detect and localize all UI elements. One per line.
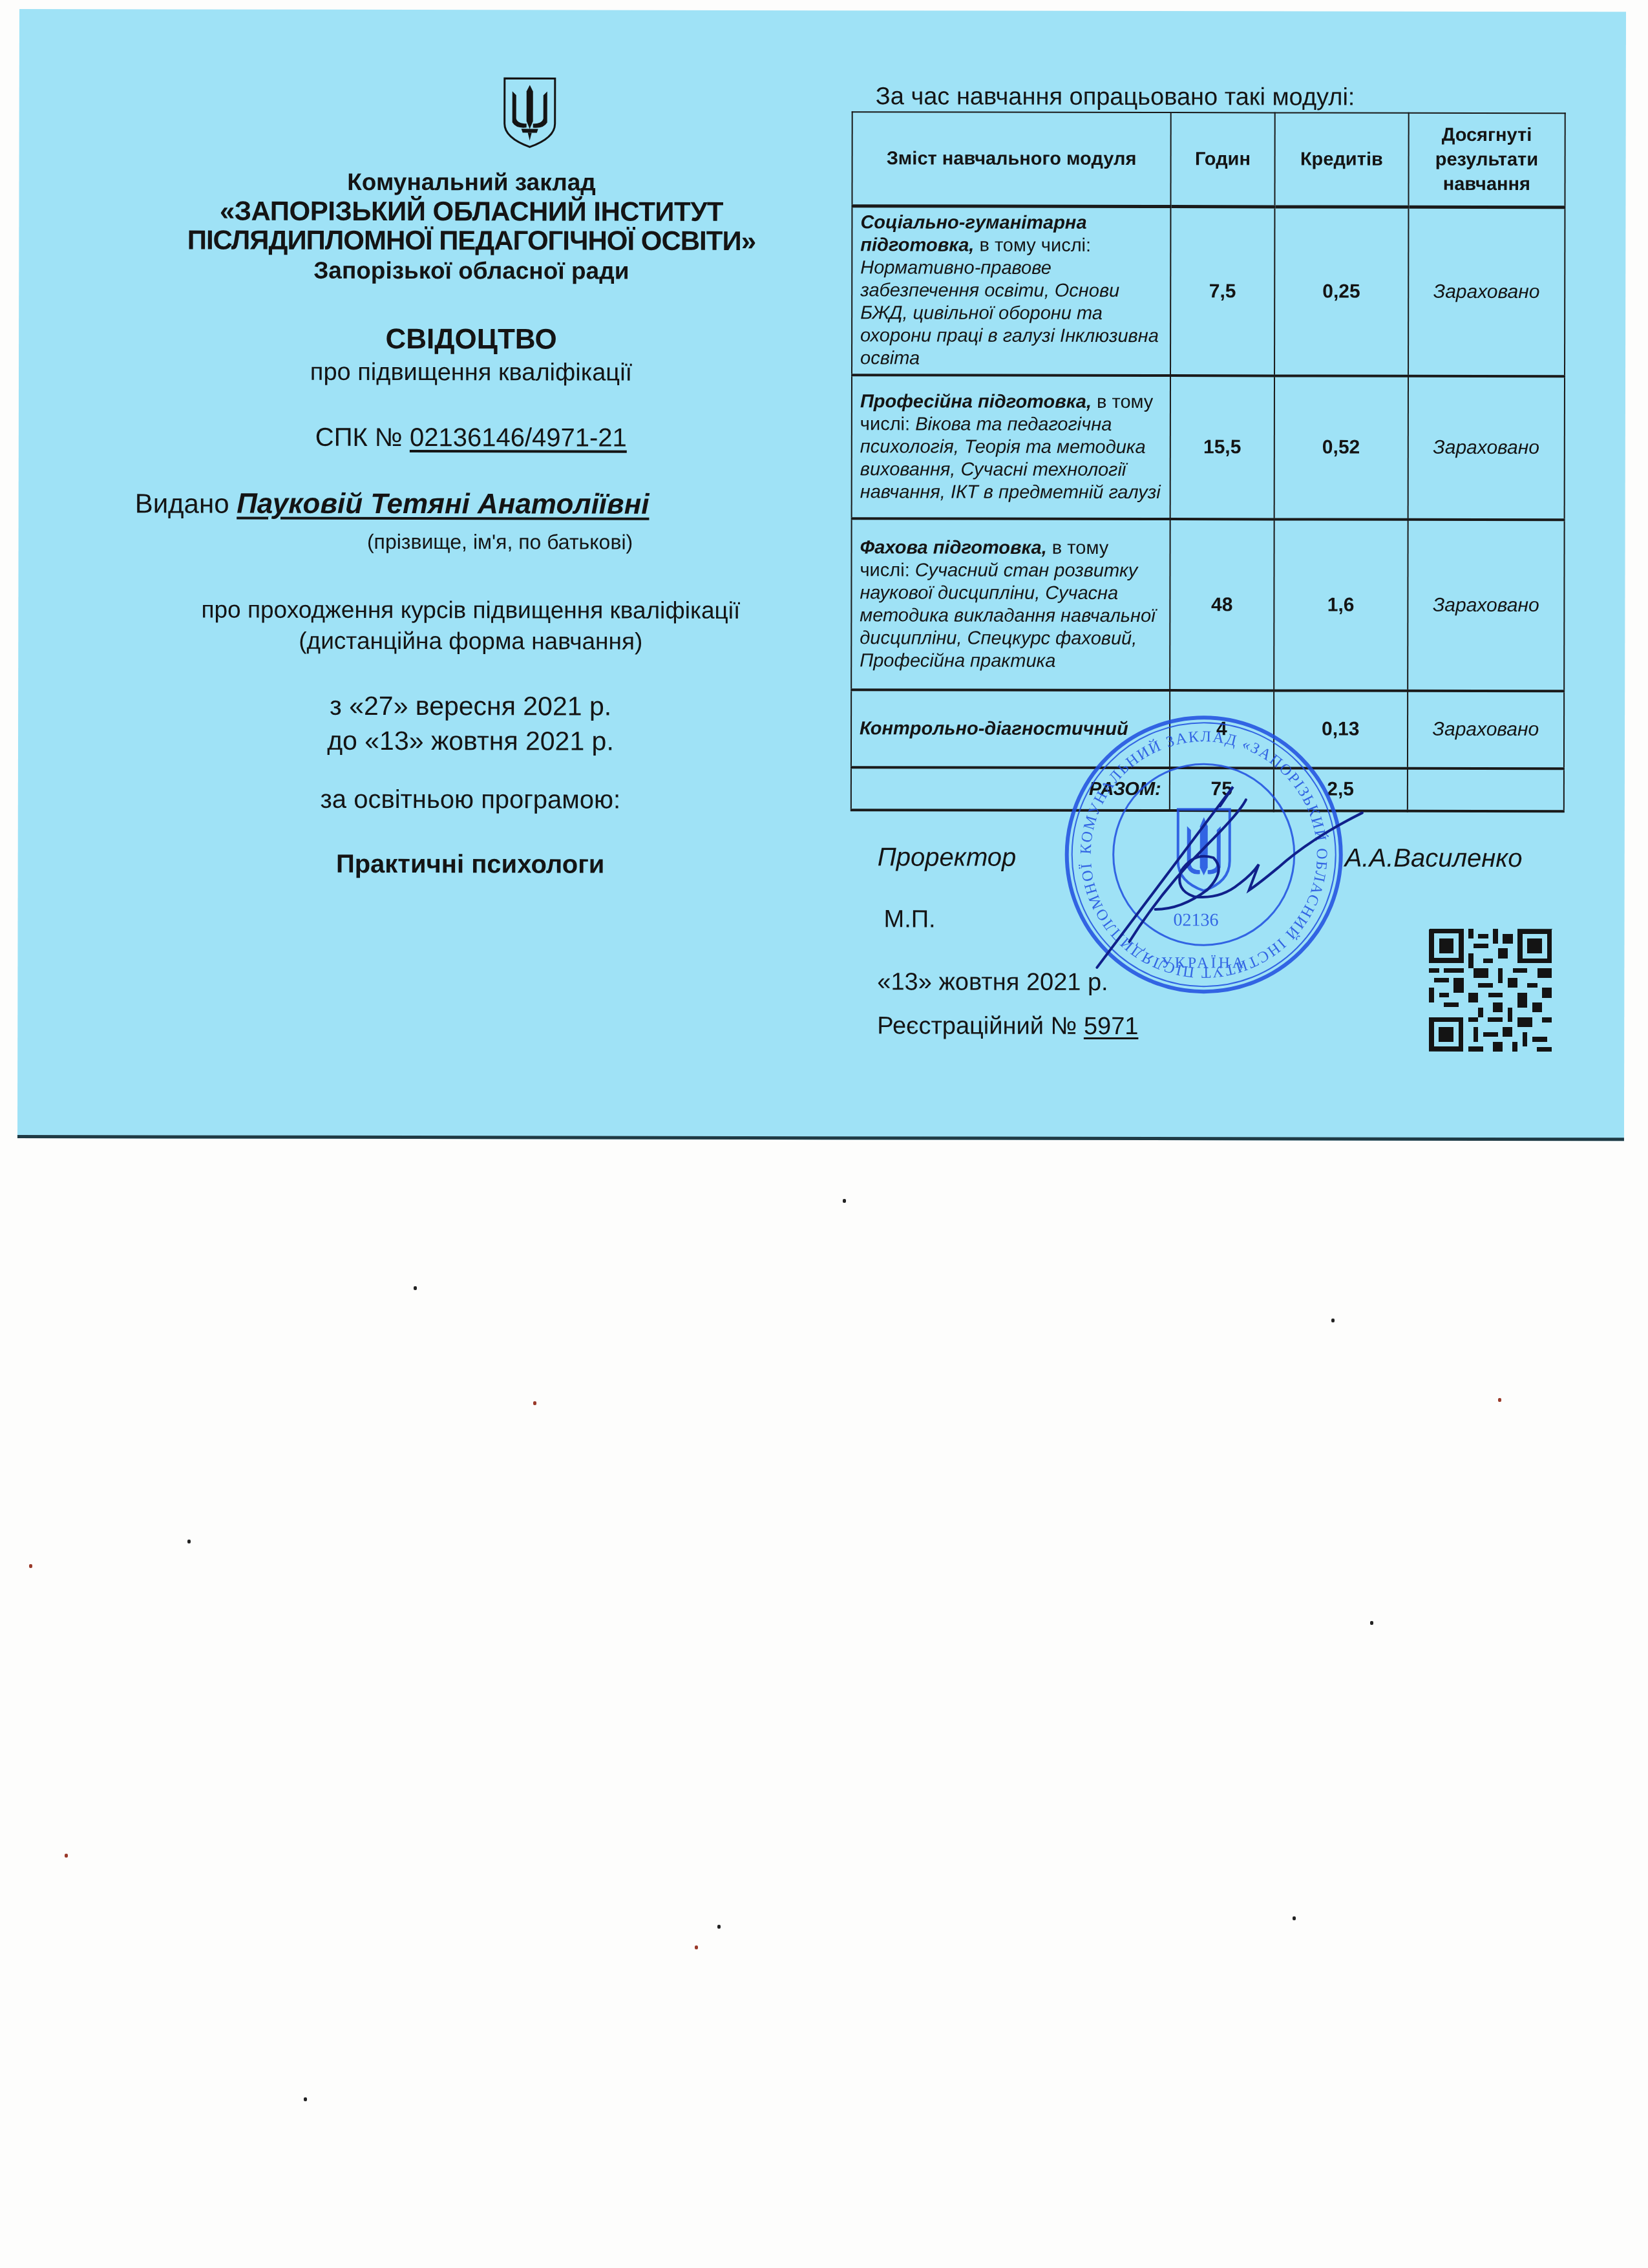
modules-header-row: Зміст навчального модуля Годин Кредитів …	[852, 112, 1565, 207]
institution-name-line2: ПІСЛЯДИПЛОМНОЇ ПЕДАГОГІЧНОЇ ОСВІТИ»	[109, 226, 833, 255]
module-title: Фахова підготовка,	[860, 537, 1047, 558]
course-line-1: про проходження курсів підвищення кваліф…	[109, 594, 832, 626]
registration-label: Реєстраційний №	[877, 1012, 1077, 1040]
module-credits: 0,25	[1274, 207, 1408, 376]
modules-title: За час навчання опрацьовано такі модулі:	[876, 83, 1355, 111]
issued-label: Видано	[135, 488, 229, 518]
module-result: Зараховано	[1408, 376, 1565, 520]
institution-type: Комунальний заклад	[109, 167, 833, 197]
module-result: Зараховано	[1408, 520, 1565, 691]
scan-speck	[304, 2097, 307, 2101]
header-content: Зміст навчального модуля	[852, 112, 1170, 206]
total-result	[1408, 768, 1564, 811]
scan-speck	[414, 1286, 417, 1290]
qr-code-icon[interactable]	[1428, 929, 1552, 1052]
course-line-2: (дистанційна форма навчання)	[109, 625, 832, 657]
module-content: Професійна підготовка, в тому числі: Вік…	[852, 375, 1170, 519]
certificate-number-value: 02136146/4971-21	[410, 423, 627, 452]
certificate-number-label: СПК №	[315, 423, 403, 452]
registration-value: 5971	[1084, 1013, 1139, 1040]
table-row: Соціально-гуманітарна підготовка, в тому…	[852, 206, 1565, 376]
program-label: за освітньою програмою:	[109, 785, 832, 815]
module-content: Соціально-гуманітарна підготовка, в тому…	[852, 206, 1170, 376]
table-row: Фахова підготовка, в тому числі: Сучасни…	[851, 518, 1564, 691]
scan-speck	[695, 1945, 698, 1949]
module-plain: в тому числі:	[974, 235, 1091, 256]
course-dates: з «27» вересня 2021 р. до «13» жовтня 20…	[109, 688, 832, 759]
scan-speck	[843, 1199, 846, 1203]
recipient-name: Пауковій Тетяні Анатоліївні	[237, 488, 649, 520]
date-from: з «27» вересня 2021 р.	[109, 688, 832, 724]
certificate-left-panel: Комунальний заклад «ЗАПОРІЗЬКИЙ ОБЛАСНИЙ…	[110, 9, 834, 10]
certificate-subtitle: про підвищення кваліфікації	[109, 358, 833, 387]
scan-speck	[717, 1925, 721, 1929]
scan-speck	[533, 1401, 536, 1405]
header-credits: Кредитів	[1274, 112, 1408, 207]
module-content: Фахова підготовка, в тому числі: Сучасни…	[851, 518, 1170, 690]
certificate-number: СПК № 02136146/4971-21	[109, 423, 833, 453]
issued-to: Видано Пауковій Тетяні Анатоліївні	[135, 487, 846, 521]
ukraine-trident-icon	[502, 76, 558, 148]
module-hours: 15,5	[1170, 376, 1274, 519]
modules-table: Зміст навчального модуля Годин Кредитів …	[850, 111, 1566, 812]
header-hours: Годин	[1170, 112, 1274, 207]
scan-speck	[1498, 1398, 1501, 1402]
module-hours: 48	[1170, 519, 1274, 690]
recipient-name-hint: (прізвище, ім'я, по батькові)	[109, 529, 833, 555]
module-hours: 7,5	[1170, 207, 1274, 376]
scan-speck	[1293, 1916, 1296, 1920]
registration-number: Реєстраційний № 5971	[877, 1012, 1138, 1041]
module-result: Зараховано	[1408, 691, 1565, 768]
institution-name-line1: «ЗАПОРІЗЬКИЙ ОБЛАСНИЙ ІНСТИТУТ	[109, 196, 833, 226]
course-description: про проходження курсів підвищення кваліф…	[109, 594, 832, 657]
module-detail: Нормативно-правове забезпечення освіти, …	[860, 257, 1159, 368]
handwritten-signature	[1084, 761, 1382, 975]
date-to: до «13» жовтня 2021 р.	[109, 723, 832, 759]
institution-council: Запорізької обласної ради	[109, 256, 833, 286]
module-credits: 0,52	[1274, 376, 1408, 519]
scan-speck	[29, 1564, 32, 1568]
scan-speck	[1331, 1319, 1335, 1322]
certificate-card: Комунальний заклад «ЗАПОРІЗЬКИЙ ОБЛАСНИЙ…	[17, 9, 1626, 1141]
seal-label: М.П.	[884, 906, 936, 933]
certificate-title: СВІДОЦТВО	[109, 323, 833, 356]
table-row: Професійна підготовка, в тому числі: Вік…	[852, 375, 1565, 520]
signatory-role: Проректор	[878, 843, 1017, 872]
module-credits: 1,6	[1274, 519, 1408, 690]
scan-speck	[1370, 1621, 1373, 1625]
scan-speck	[187, 1540, 191, 1543]
module-title: Професійна підготовка,	[860, 391, 1092, 412]
module-result: Зараховано	[1408, 207, 1565, 376]
header-results: Досягнуті результати навчання	[1408, 113, 1565, 207]
scan-speck	[65, 1854, 68, 1858]
program-name: Практичні психологи	[109, 849, 832, 880]
